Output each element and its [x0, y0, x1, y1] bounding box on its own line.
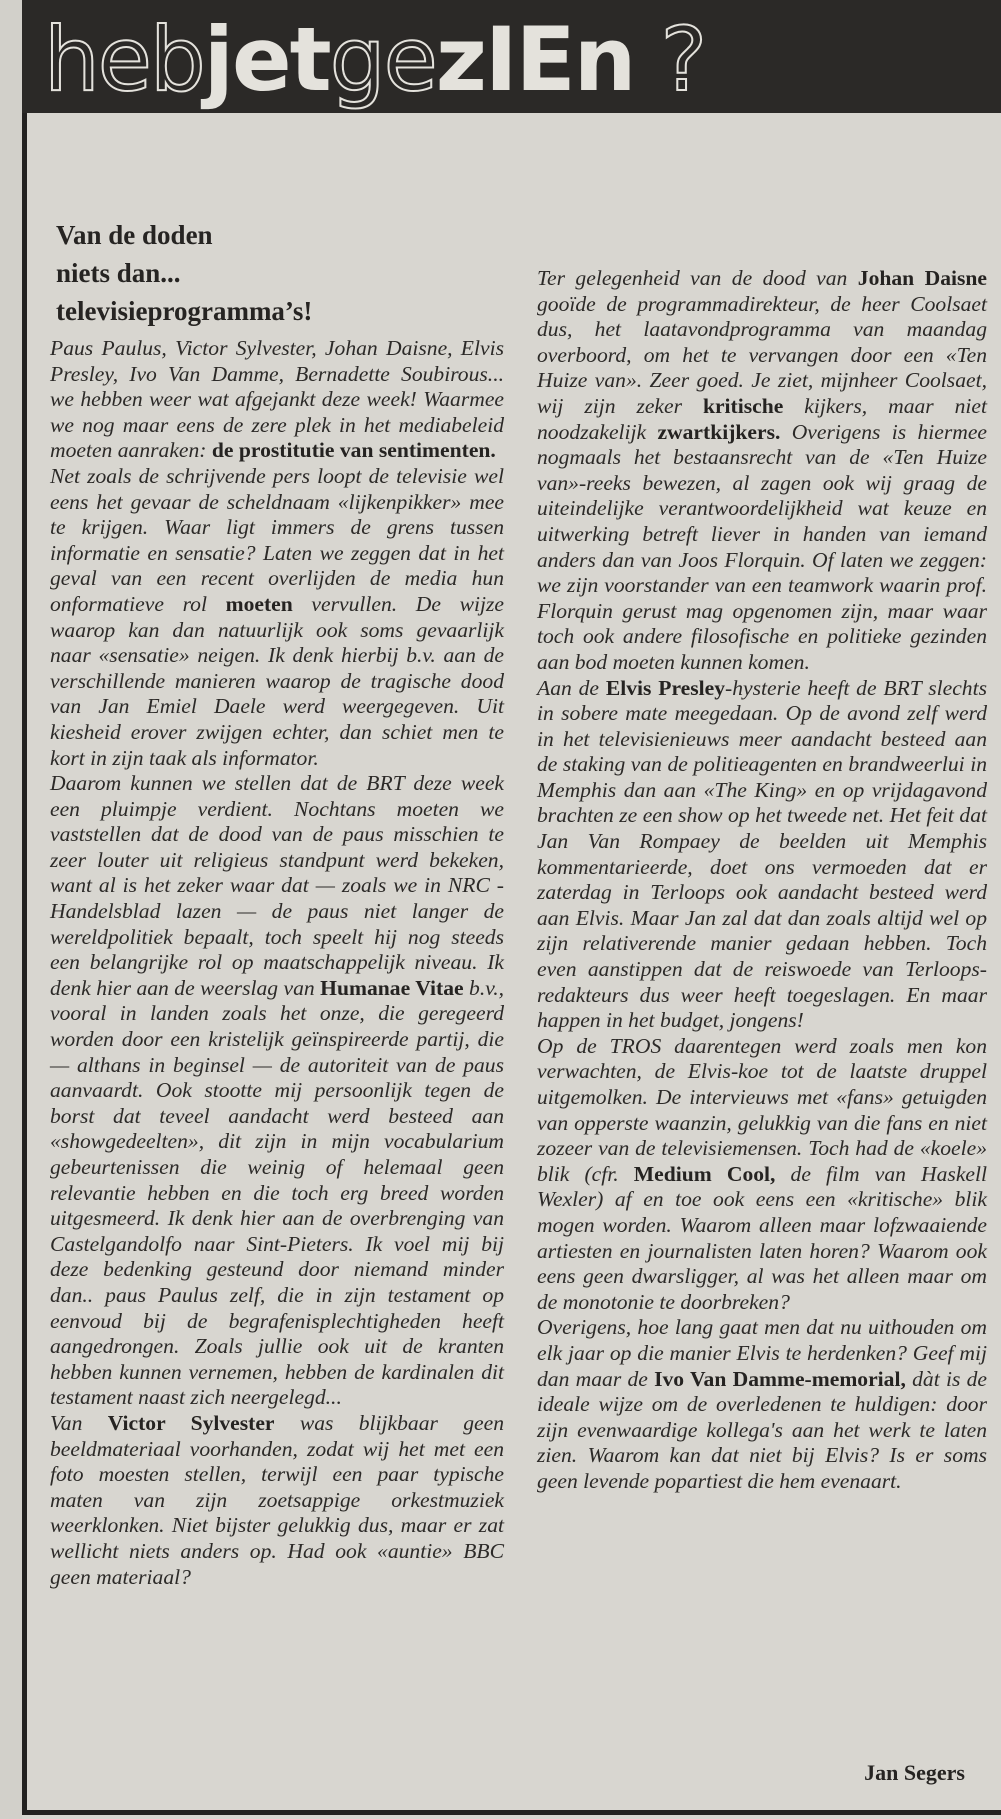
emphasis: Humanae Vitae	[320, 976, 463, 1000]
emphasis: Johan Daisne	[858, 266, 987, 290]
emphasis: de prostitutie van sentimenten.	[212, 438, 496, 462]
paragraph: Daarom kunnen we stellen dat de BRT deze…	[50, 771, 504, 1411]
page-margin	[0, 0, 22, 1819]
logo-solid-text: jet	[204, 16, 330, 104]
paragraph: Paus Paulus, Victor Sylvester, Johan Dai…	[50, 336, 504, 464]
article-column-right: Ter gelegenheid van de dood van Johan Da…	[537, 266, 987, 1495]
emphasis: Victor Sylvester	[108, 1411, 275, 1435]
emphasis: moeten	[226, 592, 293, 616]
header-banner: hebjetgezIEn?	[22, 0, 1001, 113]
paragraph: Overigens, hoe lang gaat men dat nu uith…	[537, 1315, 987, 1494]
emphasis: Elvis Presley	[606, 676, 725, 700]
logo-solid-text-2: zIEn	[436, 16, 635, 104]
paragraph: Net zoals de schrijvende pers loopt de t…	[50, 464, 504, 771]
author-byline: Jan Segers	[864, 1760, 965, 1786]
logo-outline-text-2: ge	[330, 16, 436, 104]
bottom-rule	[22, 1810, 1001, 1815]
emphasis: Medium Cool,	[634, 1162, 776, 1186]
article-column-left: Paus Paulus, Victor Sylvester, Johan Dai…	[50, 217, 504, 1590]
logo-outline-text: heb	[44, 16, 204, 104]
frame-left-border	[22, 0, 27, 1815]
paragraph: Ter gelegenheid van de dood van Johan Da…	[537, 266, 987, 676]
emphasis: Ivo Van Damme-memorial,	[654, 1367, 906, 1391]
question-mark-icon: ?	[660, 16, 705, 104]
paragraph: Op de TROS daarentegen werd zoals men ko…	[537, 1034, 987, 1316]
emphasis: zwartkijkers.	[657, 420, 780, 444]
paragraph: Van Victor Sylvester was blijkbaar geen …	[50, 1411, 504, 1590]
section-logo: hebjetgezIEn?	[44, 4, 705, 104]
emphasis: kritische	[703, 394, 783, 418]
paragraph: Aan de Elvis Presley-hysterie heeft de B…	[537, 676, 987, 1034]
